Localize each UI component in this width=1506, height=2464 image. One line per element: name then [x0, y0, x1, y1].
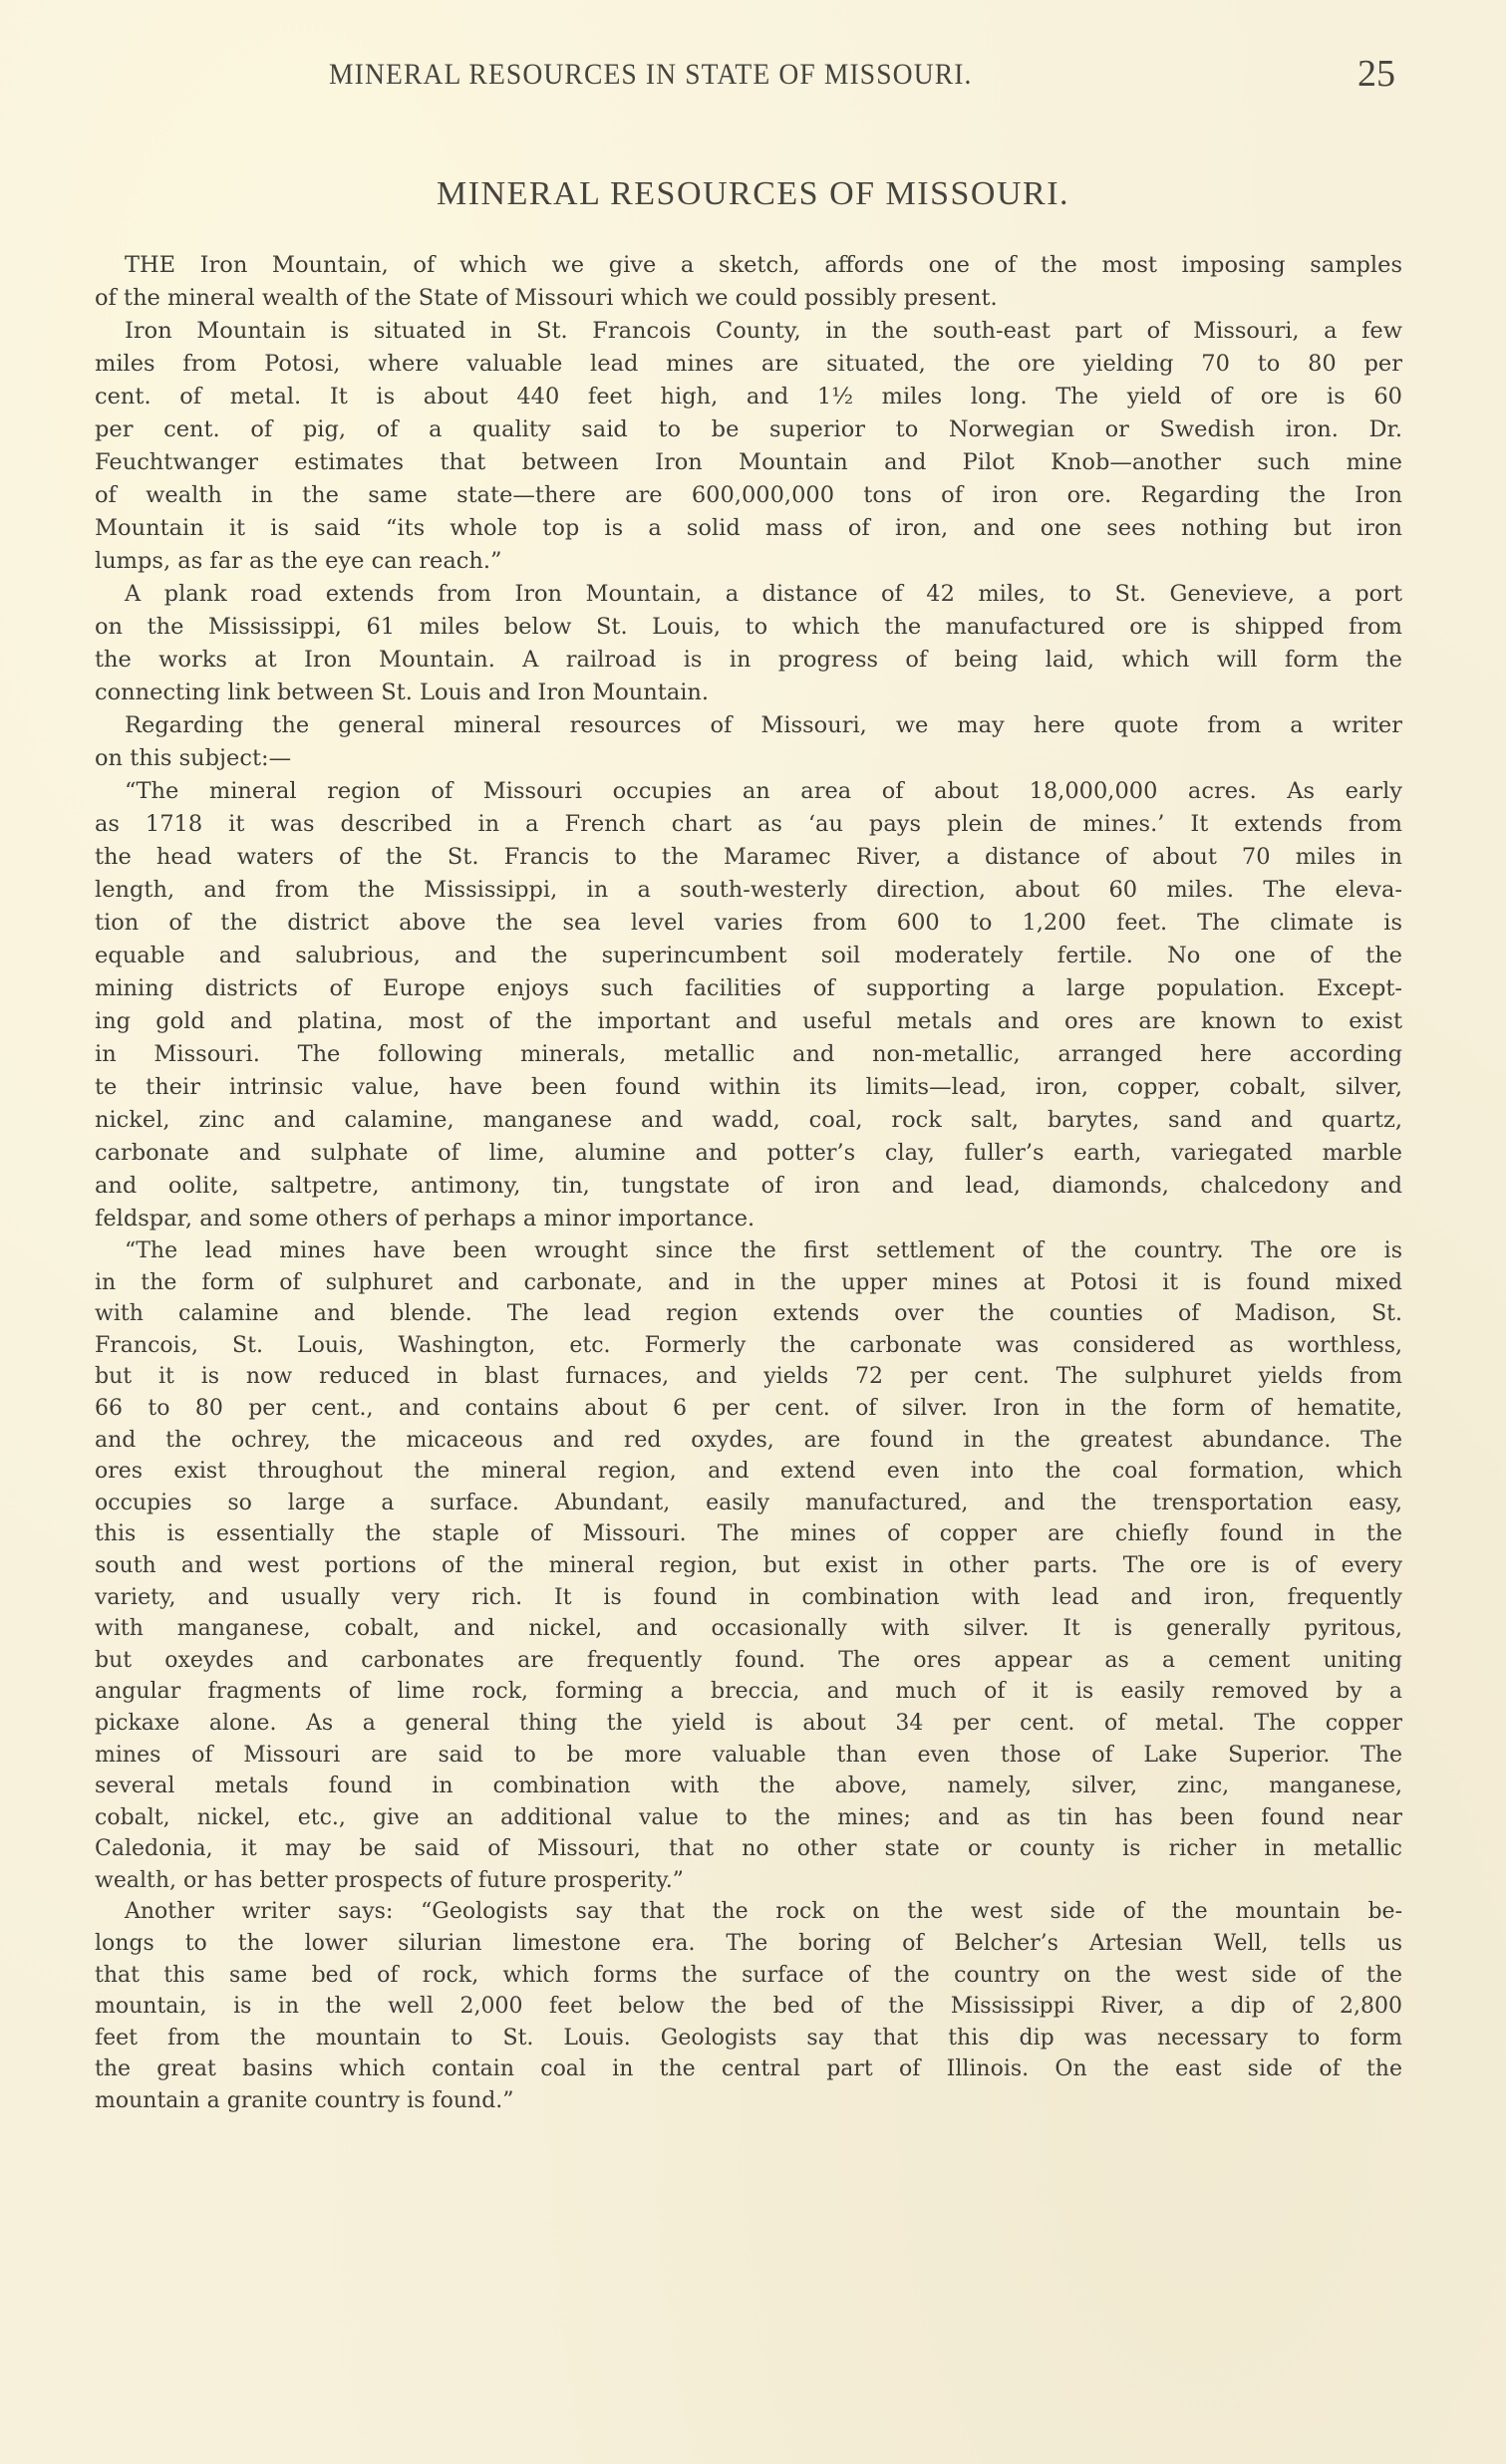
text-line: equable and salubrious, and the superinc… [95, 940, 1402, 972]
running-head: MINERAL RESOURCES IN STATE OF MISSOURI. … [0, 52, 1506, 100]
text-line: tion of the district above the sea level… [95, 907, 1402, 940]
text-line: but it is now reduced in blast furnaces,… [95, 1361, 1402, 1393]
text-line: of wealth in the same state—there are 60… [95, 479, 1402, 512]
text-line: feldspar, and some others of perhaps a m… [95, 1203, 1402, 1235]
text-line: on the Mississippi, 61 miles below St. L… [95, 611, 1402, 644]
text-line: several metals found in combination with… [95, 1771, 1402, 1802]
text-line: feet from the mountain to St. Louis. Geo… [95, 2023, 1402, 2054]
text-line: Regarding the general mineral resources … [95, 709, 1402, 742]
text-line: Mountain it is said “its whole top is a … [95, 512, 1402, 545]
text-line: with calamine and blende. The lead regio… [95, 1298, 1402, 1330]
text-line: Iron Mountain is situated in St. Francoi… [95, 315, 1402, 348]
text-line: angular fragments of lime rock, forming … [95, 1676, 1402, 1708]
text-line: but oxeydes and carbonates are frequentl… [95, 1645, 1402, 1677]
paragraph-geologists-quote: Another writer says: “Geologists say tha… [95, 1896, 1402, 2116]
text-line: ores exist throughout the mineral region… [95, 1456, 1402, 1488]
paragraph-general-resources: Regarding the general mineral resources … [95, 709, 1402, 775]
text-line: on this subject:— [95, 742, 1402, 775]
text-line: that this same bed of rock, which forms … [95, 1960, 1402, 1992]
text-line: nickel, zinc and calamine, manganese and… [95, 1104, 1402, 1137]
text-line: occupies so large a surface. Abundant, e… [95, 1488, 1402, 1519]
text-line: lumps, as far as the eye can reach.” [95, 545, 1402, 578]
text-line: Another writer says: “Geologists say tha… [95, 1896, 1402, 1928]
text-line: and the ochrey, the micaceous and red ox… [95, 1425, 1402, 1457]
text-line: miles from Potosi, where valuable lead m… [95, 348, 1402, 381]
text-line: as 1718 it was described in a French cha… [95, 808, 1402, 841]
text-line: the works at Iron Mountain. A railroad i… [95, 644, 1402, 677]
text-line: the head waters of the St. Francis to th… [95, 841, 1402, 874]
text-line: wealth, or has better prospects of futur… [95, 1865, 1402, 1897]
text-line: the great basins which contain coal in t… [95, 2053, 1402, 2085]
text-line: and oolite, saltpetre, antimony, tin, tu… [95, 1170, 1402, 1203]
article-body: THE Iron Mountain, of which we give a sk… [95, 249, 1402, 2117]
article-title: MINERAL RESOURCES OF MISSOURI. [0, 175, 1506, 213]
running-head-title: MINERAL RESOURCES IN STATE OF MISSOURI. [329, 58, 973, 92]
text-line: 66 to 80 per cent., and contains about 6… [95, 1393, 1402, 1425]
text-line: carbonate and sulphate of lime, alumine … [95, 1137, 1402, 1170]
text-line: mines of Missouri are said to be more va… [95, 1740, 1402, 1772]
text-line: in Missouri. The following minerals, met… [95, 1038, 1402, 1071]
text-line: with manganese, cobalt, and nickel, and … [95, 1613, 1402, 1645]
text-line: “The mineral region of Missouri occupies… [95, 775, 1402, 808]
text-line: THE Iron Mountain, of which we give a sk… [95, 249, 1402, 282]
text-line: Caledonia, it may be said of Missouri, t… [95, 1833, 1402, 1865]
page-number: 25 [1357, 52, 1395, 96]
text-line: longs to the lower silurian limestone er… [95, 1928, 1402, 1960]
text-line: mountain, is in the well 2,000 feet belo… [95, 1991, 1402, 2023]
paragraph-iron-mountain-intro: THE Iron Mountain, of which we give a sk… [95, 249, 1402, 315]
paragraph-iron-mountain-location: Iron Mountain is situated in St. Francoi… [95, 315, 1402, 578]
text-line: pickaxe alone. As a general thing the yi… [95, 1708, 1402, 1740]
text-line: length, and from the Mississippi, in a s… [95, 874, 1402, 907]
paragraph-mineral-region-quote: “The mineral region of Missouri occupies… [95, 775, 1402, 1235]
text-line: mountain a granite country is found.” [95, 2085, 1402, 2117]
text-line: of the mineral wealth of the State of Mi… [95, 282, 1402, 315]
text-line: south and west portions of the mineral r… [95, 1550, 1402, 1582]
text-line: mining districts of Europe enjoys such f… [95, 972, 1402, 1005]
text-line: “The lead mines have been wrought since … [95, 1235, 1402, 1267]
text-line: connecting link between St. Louis and Ir… [95, 677, 1402, 709]
paragraph-lead-mines-quote: “The lead mines have been wrought since … [95, 1235, 1402, 1896]
text-line: in the form of sulphuret and carbonate, … [95, 1267, 1402, 1299]
text-line: ing gold and platina, most of the import… [95, 1005, 1402, 1038]
text-line: te their intrinsic value, have been foun… [95, 1071, 1402, 1104]
text-line: this is essentially the staple of Missou… [95, 1518, 1402, 1550]
text-line: per cent. of pig, of a quality said to b… [95, 413, 1402, 446]
text-line: Feuchtwanger estimates that between Iron… [95, 446, 1402, 479]
paragraph-plank-road: A plank road extends from Iron Mountain,… [95, 578, 1402, 709]
text-line: Francois, St. Louis, Washington, etc. Fo… [95, 1330, 1402, 1362]
text-line: cobalt, nickel, etc., give an additional… [95, 1802, 1402, 1834]
text-line: variety, and usually very rich. It is fo… [95, 1582, 1402, 1614]
text-line: cent. of metal. It is about 440 feet hig… [95, 381, 1402, 413]
text-line: A plank road extends from Iron Mountain,… [95, 578, 1402, 611]
